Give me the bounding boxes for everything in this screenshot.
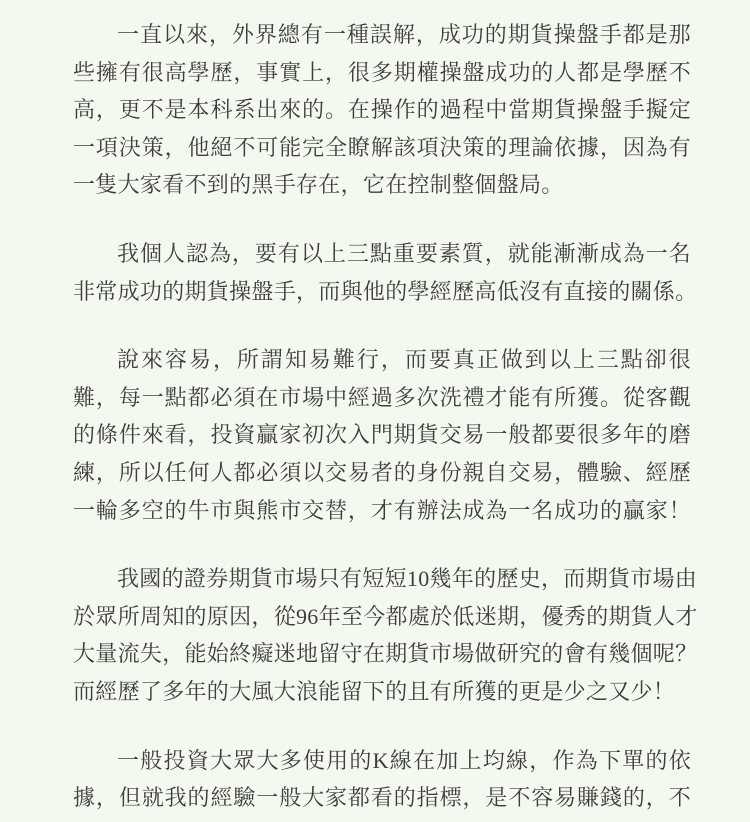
- text-line: 於眾所周知的原因，從96年至今都處於低迷期，優秀的期貨人才: [73, 598, 691, 636]
- text-line: 我個人認為，要有以上三點重要素質，就能漸漸成為一名: [73, 235, 691, 273]
- paragraph: 一直以來，外界總有一種誤解，成功的期貨操盤手都是那些擁有很高學歷，事實上，很多期…: [73, 16, 691, 204]
- text-line: 一般投資大眾大多使用的K線在加上均線，作為下單的依: [73, 742, 691, 780]
- text-line: 非常成功的期貨操盤手，而與他的學經歷高低沒有直接的關係。: [73, 273, 691, 311]
- paragraph: 我個人認為，要有以上三點重要素質，就能漸漸成為一名非常成功的期貨操盤手，而與他的…: [73, 235, 691, 310]
- text-content: 一直以來，外界總有一種誤解，成功的期貨操盤手都是那些擁有很高學歷，事實上，很多期…: [73, 16, 691, 817]
- text-line: 我國的證券期貨市場只有短短10幾年的歷史，而期貨市場由: [73, 560, 691, 598]
- paragraph: 說來容易，所謂知易難行，而要真正做到以上三點卻很難，每一點都必須在市場中經過多次…: [73, 341, 691, 529]
- text-line: 些擁有很高學歷，事實上，很多期權操盤成功的人都是學歷不: [73, 54, 691, 92]
- paragraph: 一般投資大眾大多使用的K線在加上均線，作為下單的依據，但就我的經驗一般大家都看的…: [73, 742, 691, 817]
- text-line: 而經歷了多年的大風大浪能留下的且有所獲的更是少之又少！: [73, 673, 691, 711]
- text-line: 的條件來看，投資贏家初次入門期貨交易一般都要很多年的磨: [73, 416, 691, 454]
- document-page: 一直以來，外界總有一種誤解，成功的期貨操盤手都是那些擁有很高學歷，事實上，很多期…: [0, 0, 750, 822]
- text-line: 練，所以任何人都必須以交易者的身份親自交易，體驗、經歷: [73, 454, 691, 492]
- text-line: 據，但就我的經驗一般大家都看的指標，是不容易賺錢的，不: [73, 779, 691, 817]
- text-line: 一直以來，外界總有一種誤解，成功的期貨操盤手都是那: [73, 16, 691, 54]
- text-line: 難，每一點都必須在市場中經過多次洗禮才能有所獲。從客觀: [73, 379, 691, 417]
- text-line: 一項決策，他絕不可能完全瞭解該項決策的理論依據，因為有: [73, 129, 691, 167]
- text-line: 一輪多空的牛市與熊市交替，才有辦法成為一名成功的贏家！: [73, 492, 691, 530]
- text-line: 說來容易，所謂知易難行，而要真正做到以上三點卻很: [73, 341, 691, 379]
- paragraph: 我國的證券期貨市場只有短短10幾年的歷史，而期貨市場由於眾所周知的原因，從96年…: [73, 560, 691, 710]
- text-line: 高，更不是本科系出來的。在操作的過程中當期貨操盤手擬定: [73, 91, 691, 129]
- text-line: 一隻大家看不到的黑手存在，它在控制整個盤局。: [73, 166, 691, 204]
- text-line: 大量流失，能始終癡迷地留守在期貨市場做研究的會有幾個呢？: [73, 635, 691, 673]
